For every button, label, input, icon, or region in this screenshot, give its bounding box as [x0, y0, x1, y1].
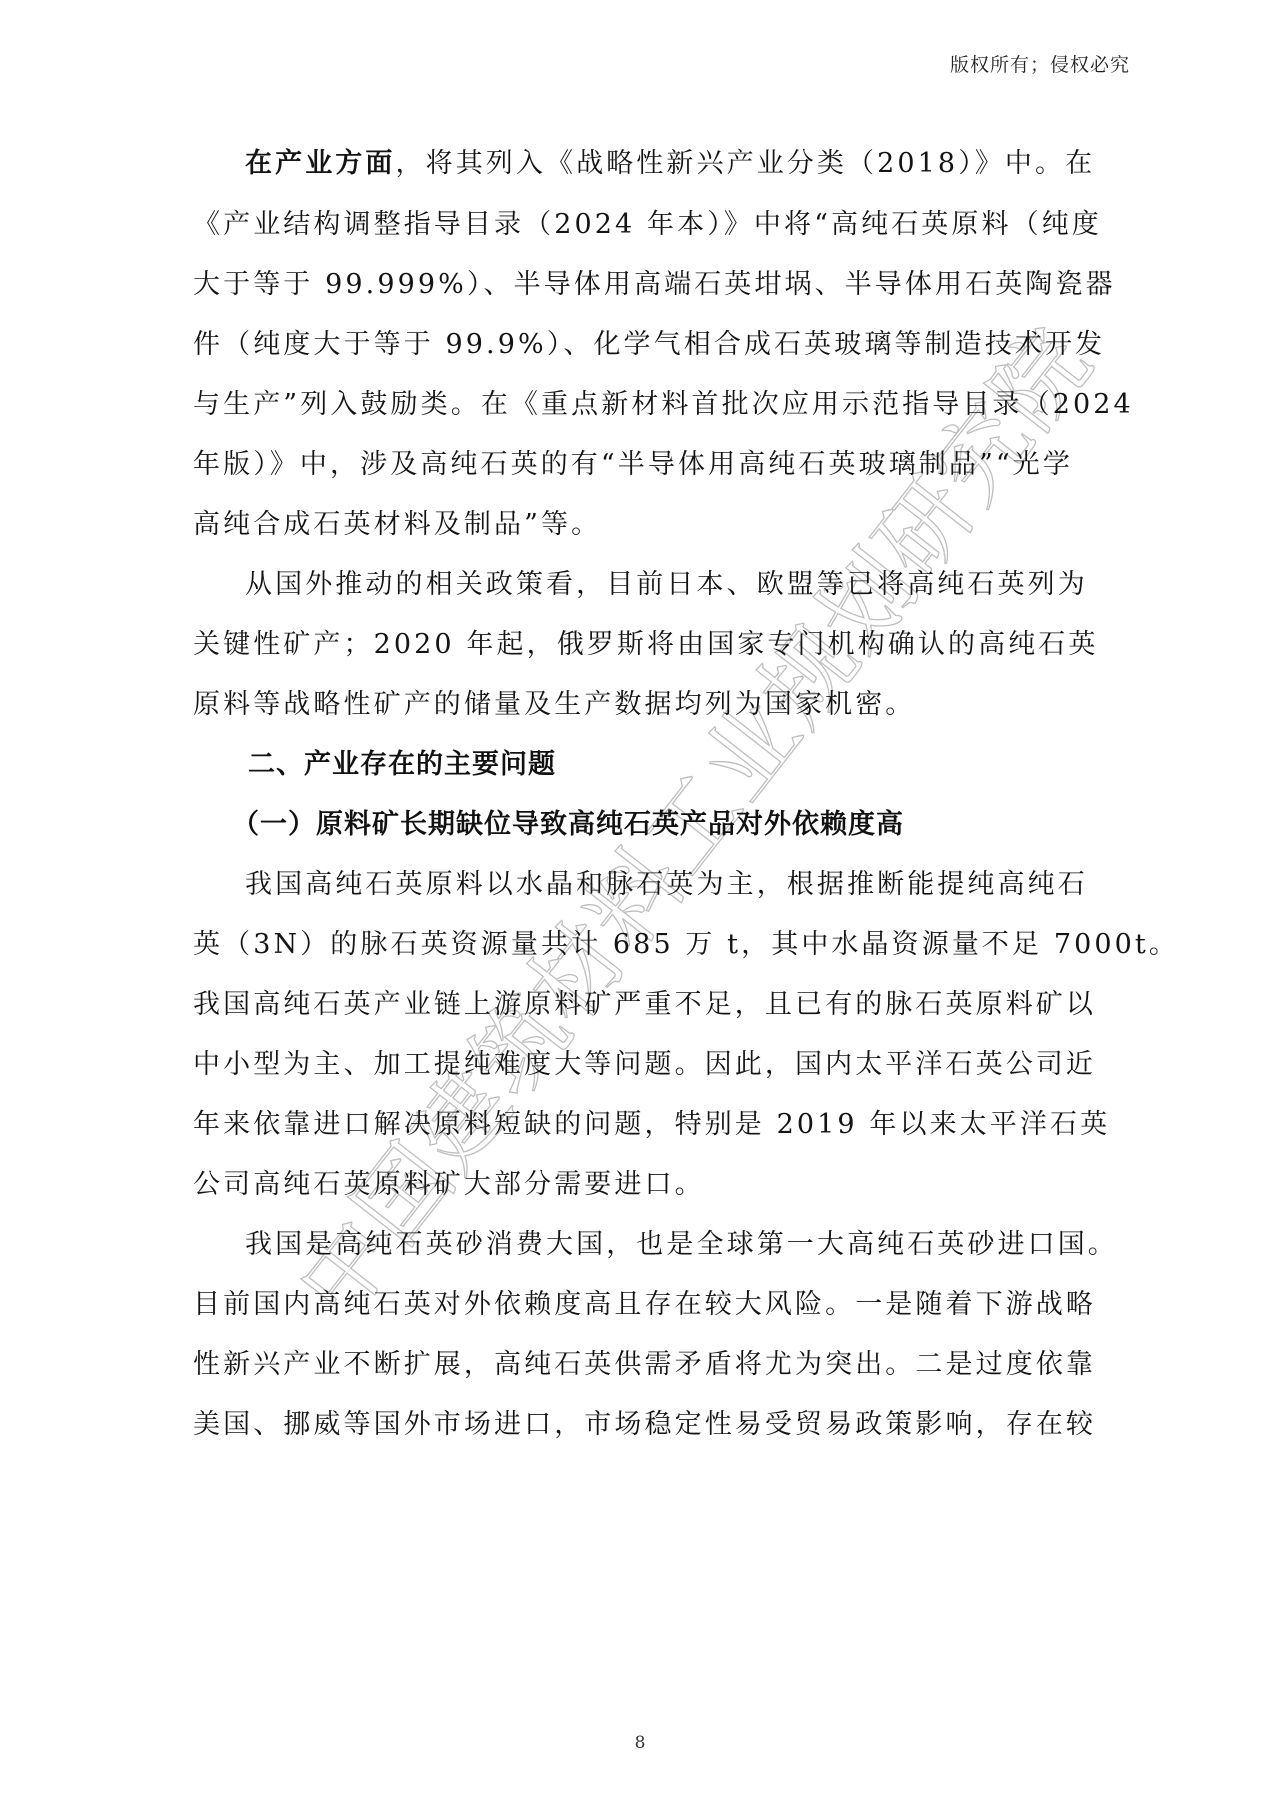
paragraph-3-line-1: 我国高纯石英原料以水晶和脉石英为主，根据推断能提纯高纯石 — [245, 868, 1085, 902]
section-heading: 二、产业存在的主要问题 — [248, 748, 556, 782]
paragraph-3-line-6: 公司高纯石英原料矿大部分需要进口。 — [193, 1168, 1085, 1202]
paragraph-1-line-3: 大于等于 99.999%）、半导体用高端石英坩埚、半导体用石英陶瓷器 — [193, 268, 1085, 302]
paragraph-4-line-2: 目前国内高纯石英对外依赖度高且存在较大风险。一是随着下游战略 — [193, 1288, 1085, 1322]
paragraph-1-line-5: 与生产”列入鼓励类。在《重点新材料首批次应用示范指导目录（2024 — [193, 388, 1085, 422]
paragraph-4-line-4: 美国、挪威等国外市场进口，市场稳定性易受贸易政策影响，存在较 — [193, 1408, 1085, 1442]
paragraph-2-line-1: 从国外推动的相关政策看，目前日本、欧盟等已将高纯石英列为 — [245, 568, 1085, 602]
paragraph-1-line-2: 《产业结构调整指导目录（2024 年本）》中将“高纯石英原料（纯度 — [193, 208, 1085, 242]
paragraph-1-line-6: 年版）》中，涉及高纯石英的有“半导体用高纯石英玻璃制品”“光学 — [193, 448, 1085, 482]
paragraph-1-line-7: 高纯合成石英材料及制品”等。 — [193, 508, 1085, 542]
paragraph-1-line-1: 在产业方面，将其列入《战略性新兴产业分类（2018）》中。在 — [245, 147, 1085, 181]
paragraph-2-line-3: 原料等战略性矿产的储量及生产数据均列为国家机密。 — [193, 688, 1085, 722]
bold-lead: 在产业方面 — [245, 148, 396, 179]
paragraph-4-line-3: 性新兴产业不断扩展，高纯石英供需矛盾将尤为突出。二是过度依靠 — [193, 1348, 1085, 1382]
paragraph-2-line-2: 关键性矿产；2020 年起，俄罗斯将由国家专门机构确认的高纯石英 — [193, 628, 1085, 662]
paragraph-4-line-1: 我国是高纯石英砂消费大国，也是全球第一大高纯石英砂进口国。 — [245, 1228, 1085, 1262]
paragraph-3-line-5: 年来依靠进口解决原料短缺的问题，特别是 2019 年以来太平洋石英 — [193, 1108, 1085, 1142]
paragraph-3-line-4: 中小型为主、加工提纯难度大等问题。因此，国内太平洋石英公司近 — [193, 1048, 1085, 1082]
paragraph-3-line-2: 英（3N）的脉石英资源量共计 685 万 t，其中水晶资源量不足 7000t。 — [193, 928, 1085, 962]
paragraph-3-line-3: 我国高纯石英产业链上游原料矿严重不足，且已有的脉石英原料矿以 — [193, 988, 1085, 1022]
page-number: 8 — [0, 1733, 1280, 1753]
paragraph-1-line-4: 件（纯度大于等于 99.9%）、化学气相合成石英玻璃等制造技术开发 — [193, 328, 1085, 362]
document-page: 版权所有；侵权必究 中国建筑材料工业规划研究院 在产业方面，将其列入《战略性新兴… — [0, 0, 1280, 1810]
copyright-notice: 版权所有；侵权必究 — [950, 50, 1130, 77]
subsection-heading: （一）原料矿长期缺位导致高纯石英产品对外依赖度高 — [232, 808, 904, 842]
